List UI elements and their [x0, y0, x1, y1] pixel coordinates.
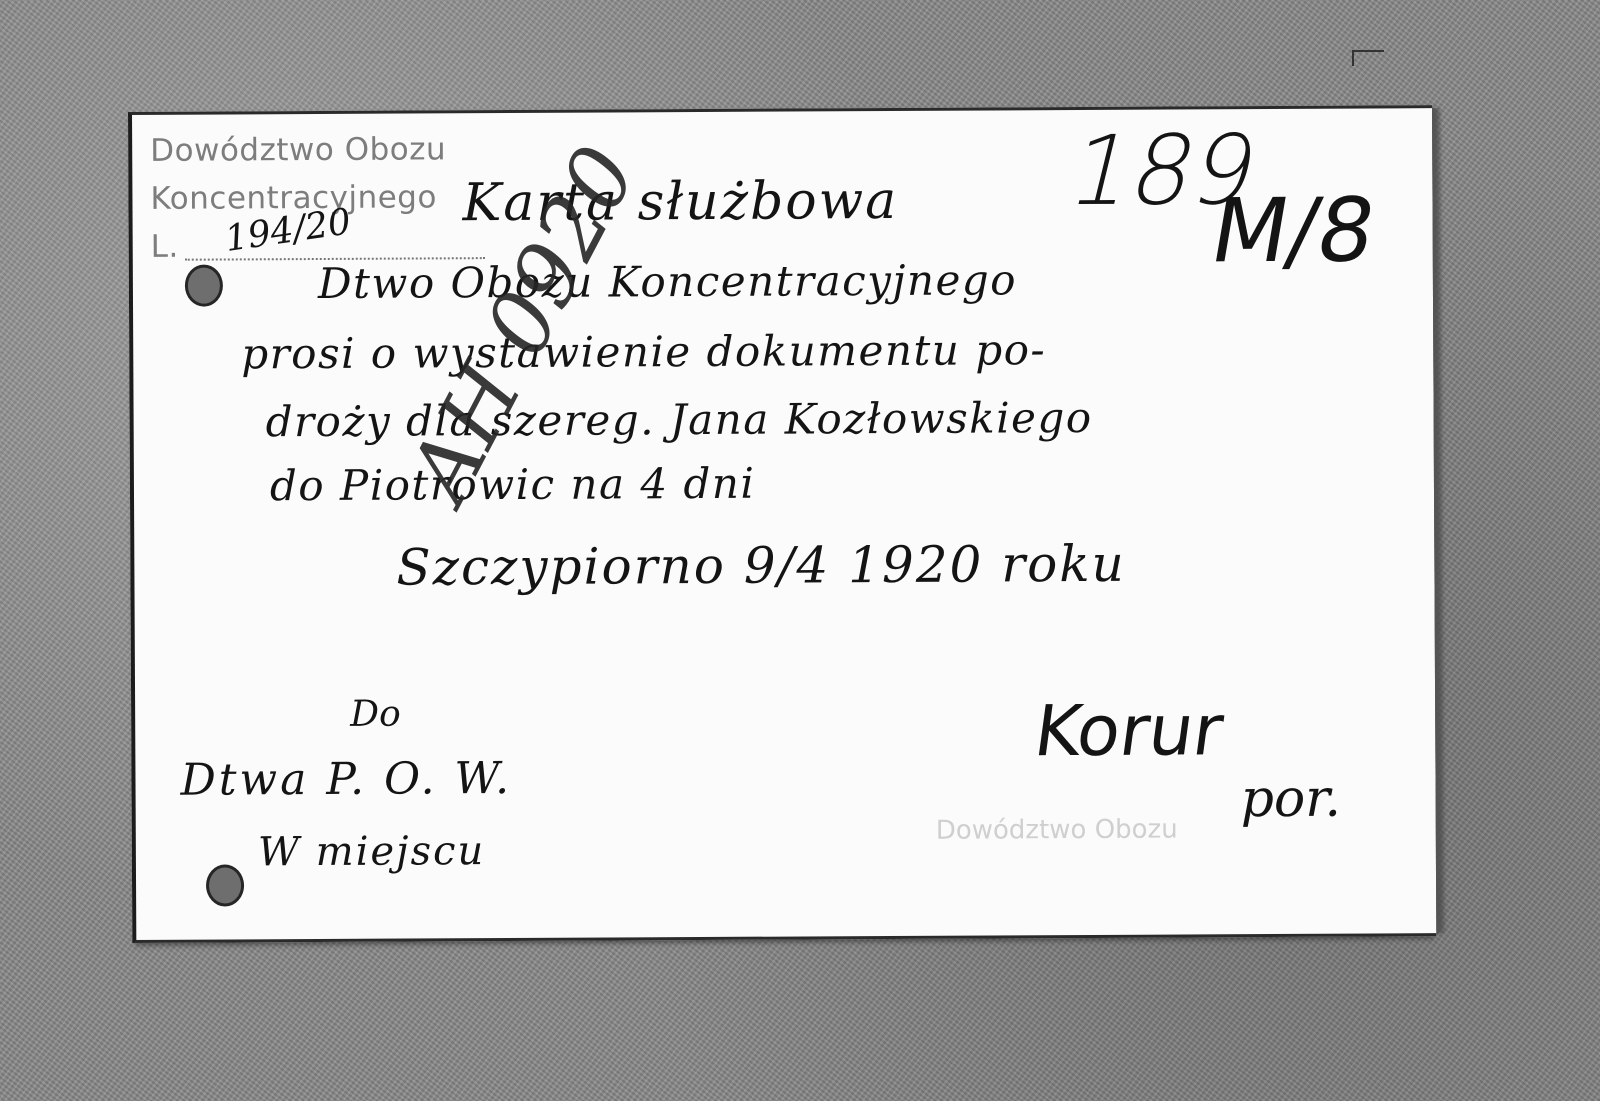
body-line-3: droży dla szereg. Jana Kozłowskiego — [265, 393, 1092, 446]
office-stamp: Dowództwo Obozu Koncentracyjnego L. — [150, 125, 485, 271]
body-line-2: prosi o wystawienie dokumentu po- — [241, 325, 1046, 378]
addressee-line-1: Dtwa P. O. W. — [180, 753, 512, 806]
background-scratch-mark — [1352, 50, 1384, 66]
body-line-1: Dtwo Obozu Koncentracyjnego — [318, 255, 1017, 308]
signature-rank: por. — [1240, 769, 1341, 830]
stamp-line-1: Dowództwo Obozu — [150, 125, 484, 175]
stamp-number-prefix: L. — [151, 223, 179, 271]
faint-stamp: Dowództwo Obozu — [936, 815, 1178, 846]
service-card: Dowództwo Obozu Koncentracyjnego L. 194/… — [128, 105, 1436, 943]
corner-mark: M/8 — [1204, 178, 1383, 282]
punch-hole-bottom — [206, 864, 244, 906]
body-line-4: do Piotrowic na 4 dni — [270, 459, 756, 511]
punch-hole-top — [185, 265, 223, 307]
signature: Korur — [1030, 689, 1228, 772]
addressee-line-2: W miejscu — [258, 828, 486, 875]
addressee-to-label: Do — [350, 694, 401, 735]
place-and-date: Szczypiorno 9/4 1920 roku — [396, 535, 1126, 597]
